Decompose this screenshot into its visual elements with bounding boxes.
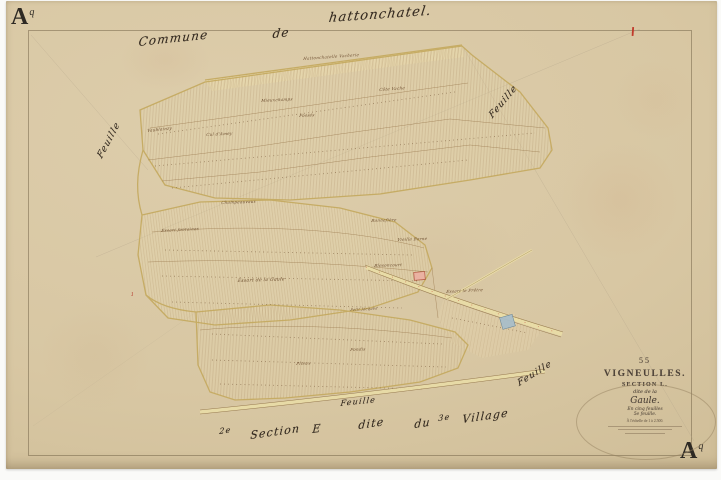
sheet-number: 55 bbox=[570, 356, 720, 365]
corner-superscript: q bbox=[29, 7, 34, 18]
scanned-cadastral-sheet: Communedehattonchatel.FeuilleFeuilleFeui… bbox=[0, 0, 721, 480]
red-edge-tick bbox=[632, 27, 634, 36]
commune-title: VIGNEULLES. bbox=[570, 369, 720, 379]
pink-building-parcel bbox=[414, 272, 426, 281]
corner-mark-top-left: Aq bbox=[11, 5, 34, 29]
cartouche-oval-border bbox=[576, 384, 716, 460]
corner-letter: A bbox=[11, 4, 28, 30]
cartouche: 55 VIGNEULLES. SECTION L. dite de la Gau… bbox=[570, 356, 720, 436]
